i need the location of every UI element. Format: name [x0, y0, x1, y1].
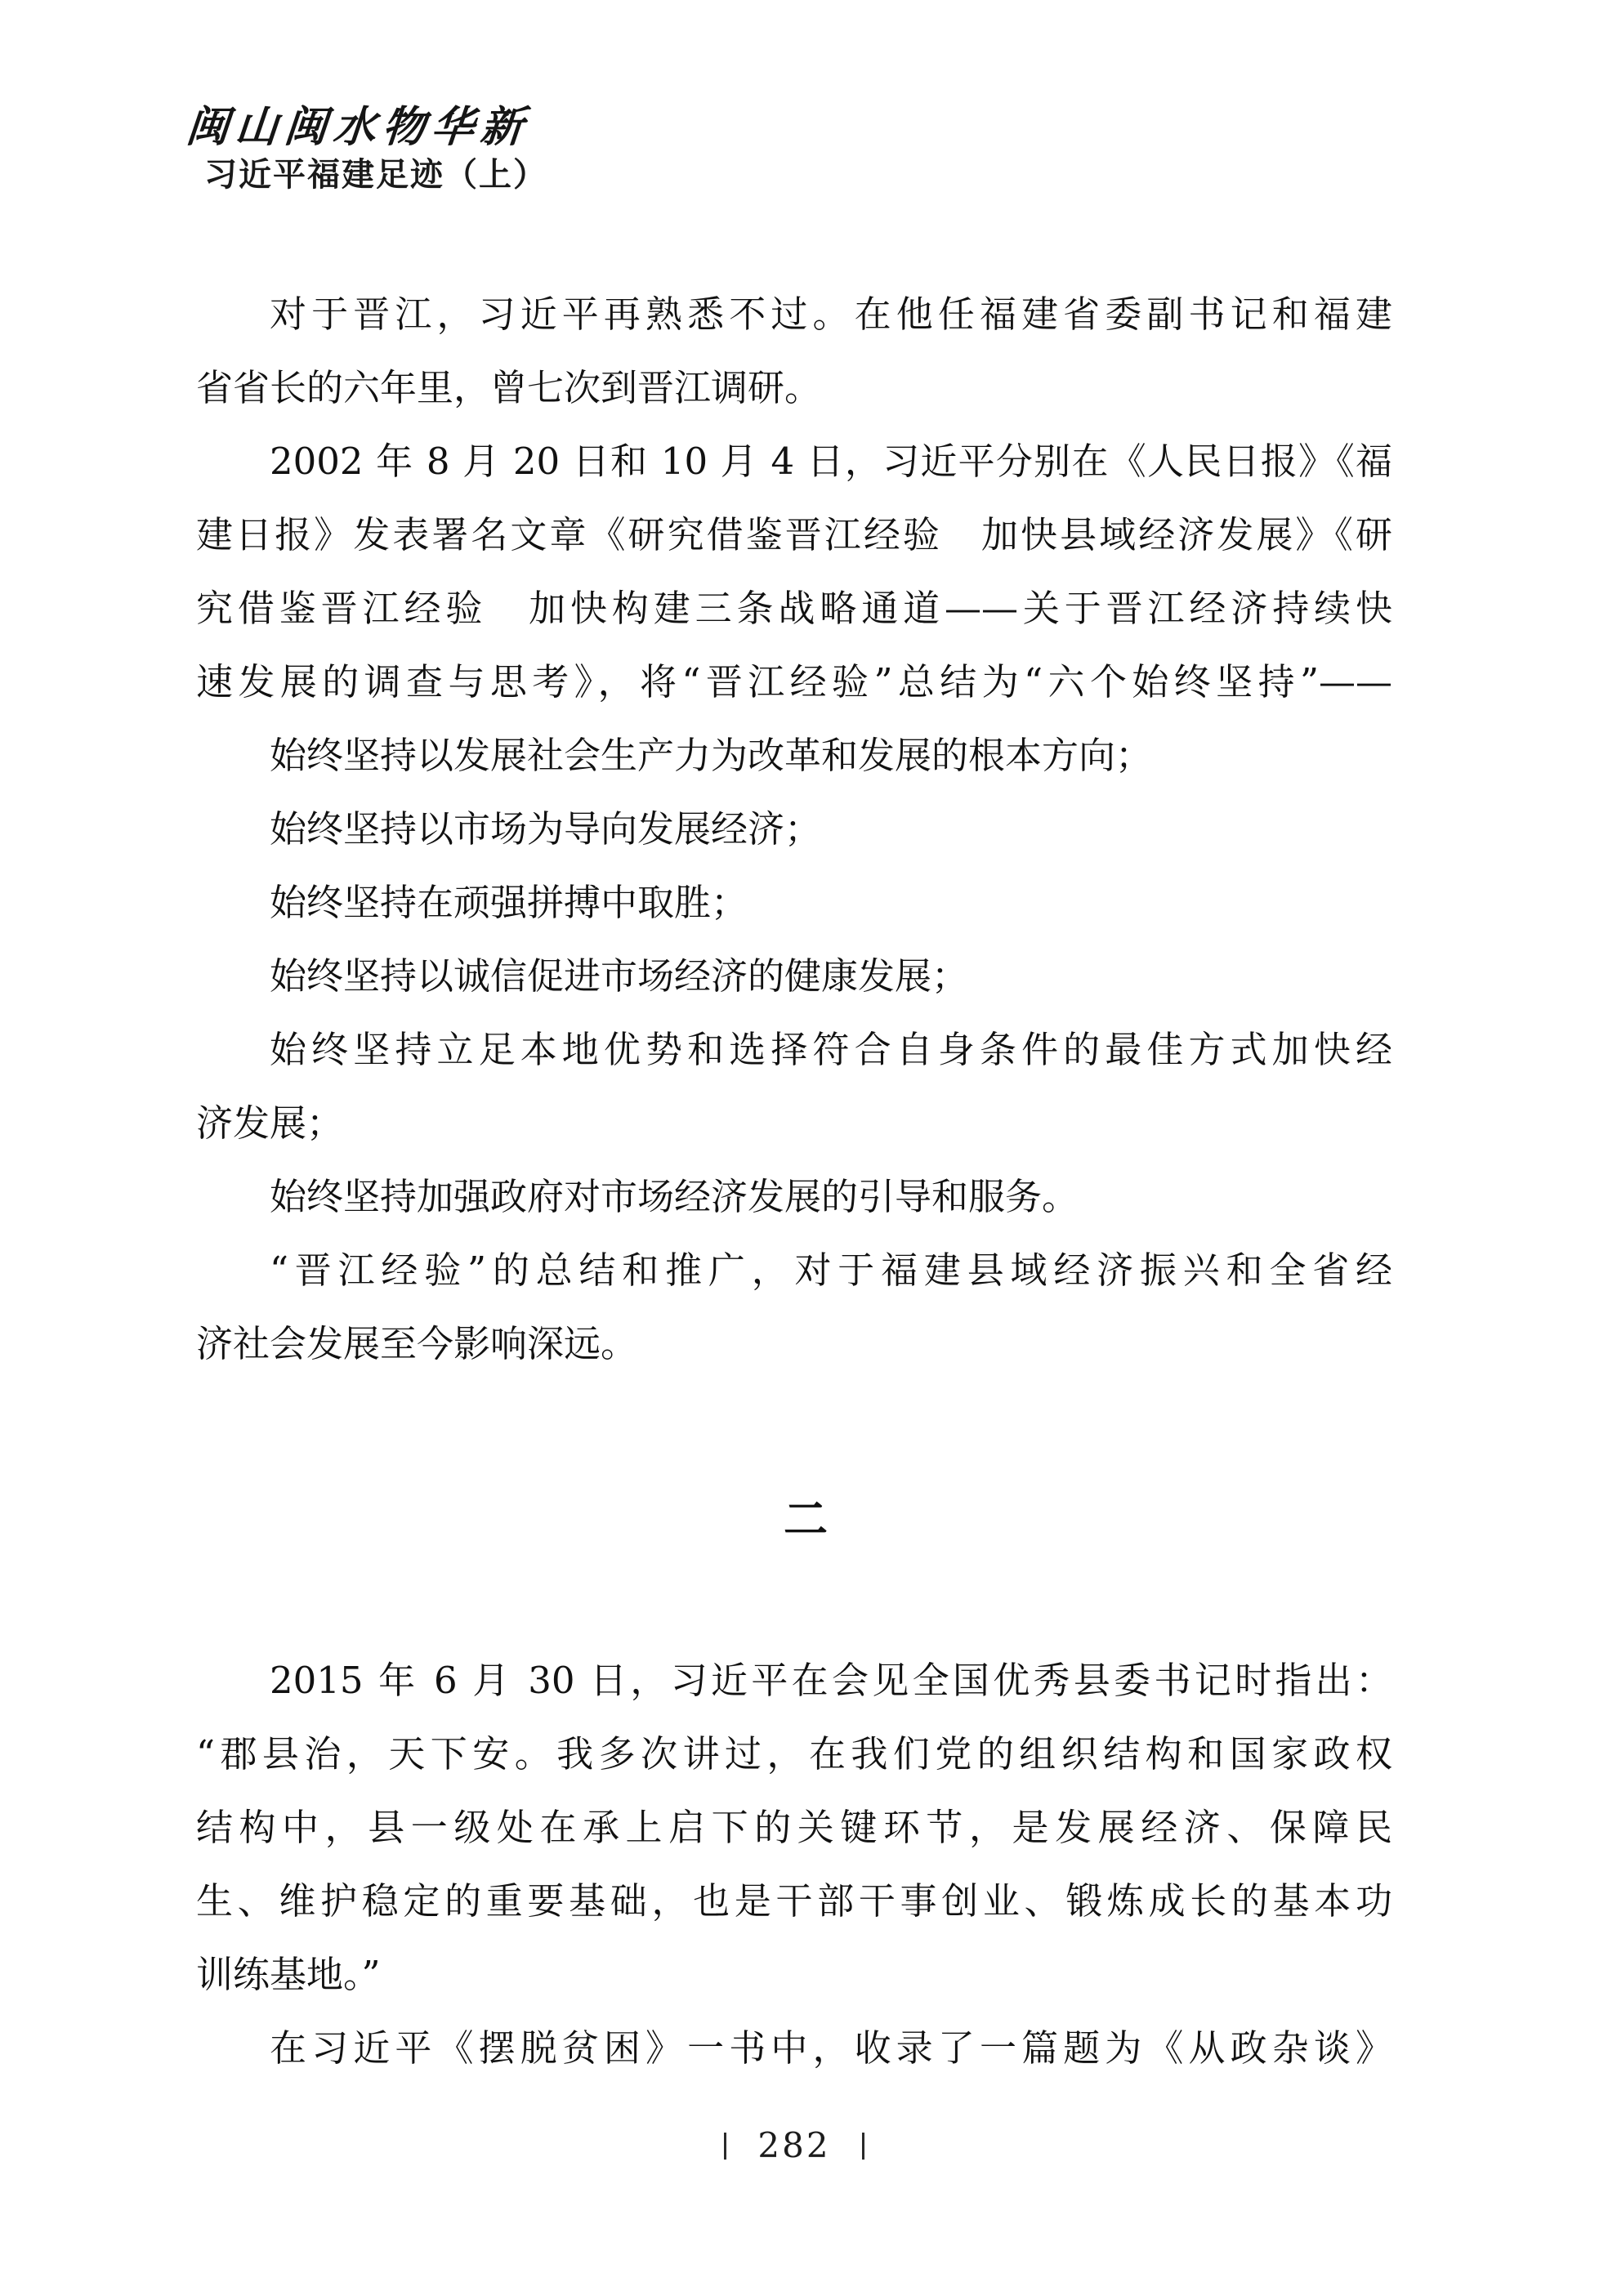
text-line: 对于晋江，习近平再熟悉不过。在他任福建省委副书记和福建 [196, 278, 1392, 351]
book-page: 闽山闽水物华新 习近平福建足迹（上） 对于晋江，习近平再熟悉不过。在他任福建省委… [0, 0, 1617, 2296]
text-line: 在习近平《摆脱贫困》一书中，收录了一篇题为《从政杂谈》 [196, 2012, 1392, 2085]
footer-rule-right [862, 2133, 864, 2160]
text-line: 速发展的调查与思考》，将“晋江经验”总结为“六个始终坚持”—— [196, 645, 1392, 719]
text-line: 始终坚持以市场为导向发展经济； [196, 793, 1392, 866]
text-line: “郡县治，天下安。我多次讲过，在我们党的组织结构和国家政权 [196, 1718, 1392, 1791]
text-line: 建日报》发表署名文章《研究借鉴晋江经验 加快县域经济发展》《研 [196, 498, 1392, 572]
text-line: 究借鉴晋江经验 加快构建三条战略通道——关于晋江经济持续快 [196, 572, 1392, 645]
text-line: 始终坚持立足本地优势和选择符合自身条件的最佳方式加快经 [196, 1013, 1392, 1087]
text-line: 训练基地。” [196, 1938, 1392, 2012]
footer-rule-left [724, 2133, 726, 2160]
text-line: 2015 年 6 月 30 日，习近平在会见全国优秀县委书记时指出： [196, 1644, 1392, 1718]
text-line: 始终坚持以诚信促进市场经济的健康发展； [196, 940, 1392, 1013]
section-number-heading: 二 [208, 1485, 1404, 1552]
text-line: 始终坚持加强政府对市场经济发展的引导和服务。 [196, 1160, 1392, 1234]
text-line: 结构中，县一级处在承上启下的关键环节，是发展经济、保障民 [196, 1791, 1392, 1865]
text-line: 始终坚持在顽强拼搏中取胜； [196, 866, 1392, 940]
section-one-text: 对于晋江，习近平再熟悉不过。在他任福建省委副书记和福建 省省长的六年里，曾七次到… [196, 278, 1392, 1381]
text-line: 济发展； [196, 1087, 1392, 1160]
book-title: 习近平福建足迹（上） [204, 155, 547, 194]
text-line: 省省长的六年里，曾七次到晋江调研。 [196, 351, 1392, 425]
text-line: “晋江经验”的总结和推广，对于福建县域经济振兴和全省经 [196, 1234, 1392, 1307]
text-line: 济社会发展至今影响深远。 [196, 1307, 1392, 1381]
text-line: 生、维护稳定的重要基础，也是干部干事创业、锻炼成长的基本功 [196, 1865, 1392, 1938]
text-line: 始终坚持以发展社会生产力为改革和发展的根本方向； [196, 719, 1392, 793]
series-title: 闽山闽水物华新 [184, 103, 531, 152]
page-footer: 282 [196, 2123, 1392, 2169]
page-number: 282 [757, 2123, 830, 2169]
section-two-text: 2015 年 6 月 30 日，习近平在会见全国优秀县委书记时指出： “郡县治，… [196, 1644, 1392, 2085]
text-line: 2002 年 8 月 20 日和 10 月 4 日，习近平分别在《人民日报》《福 [196, 425, 1392, 498]
